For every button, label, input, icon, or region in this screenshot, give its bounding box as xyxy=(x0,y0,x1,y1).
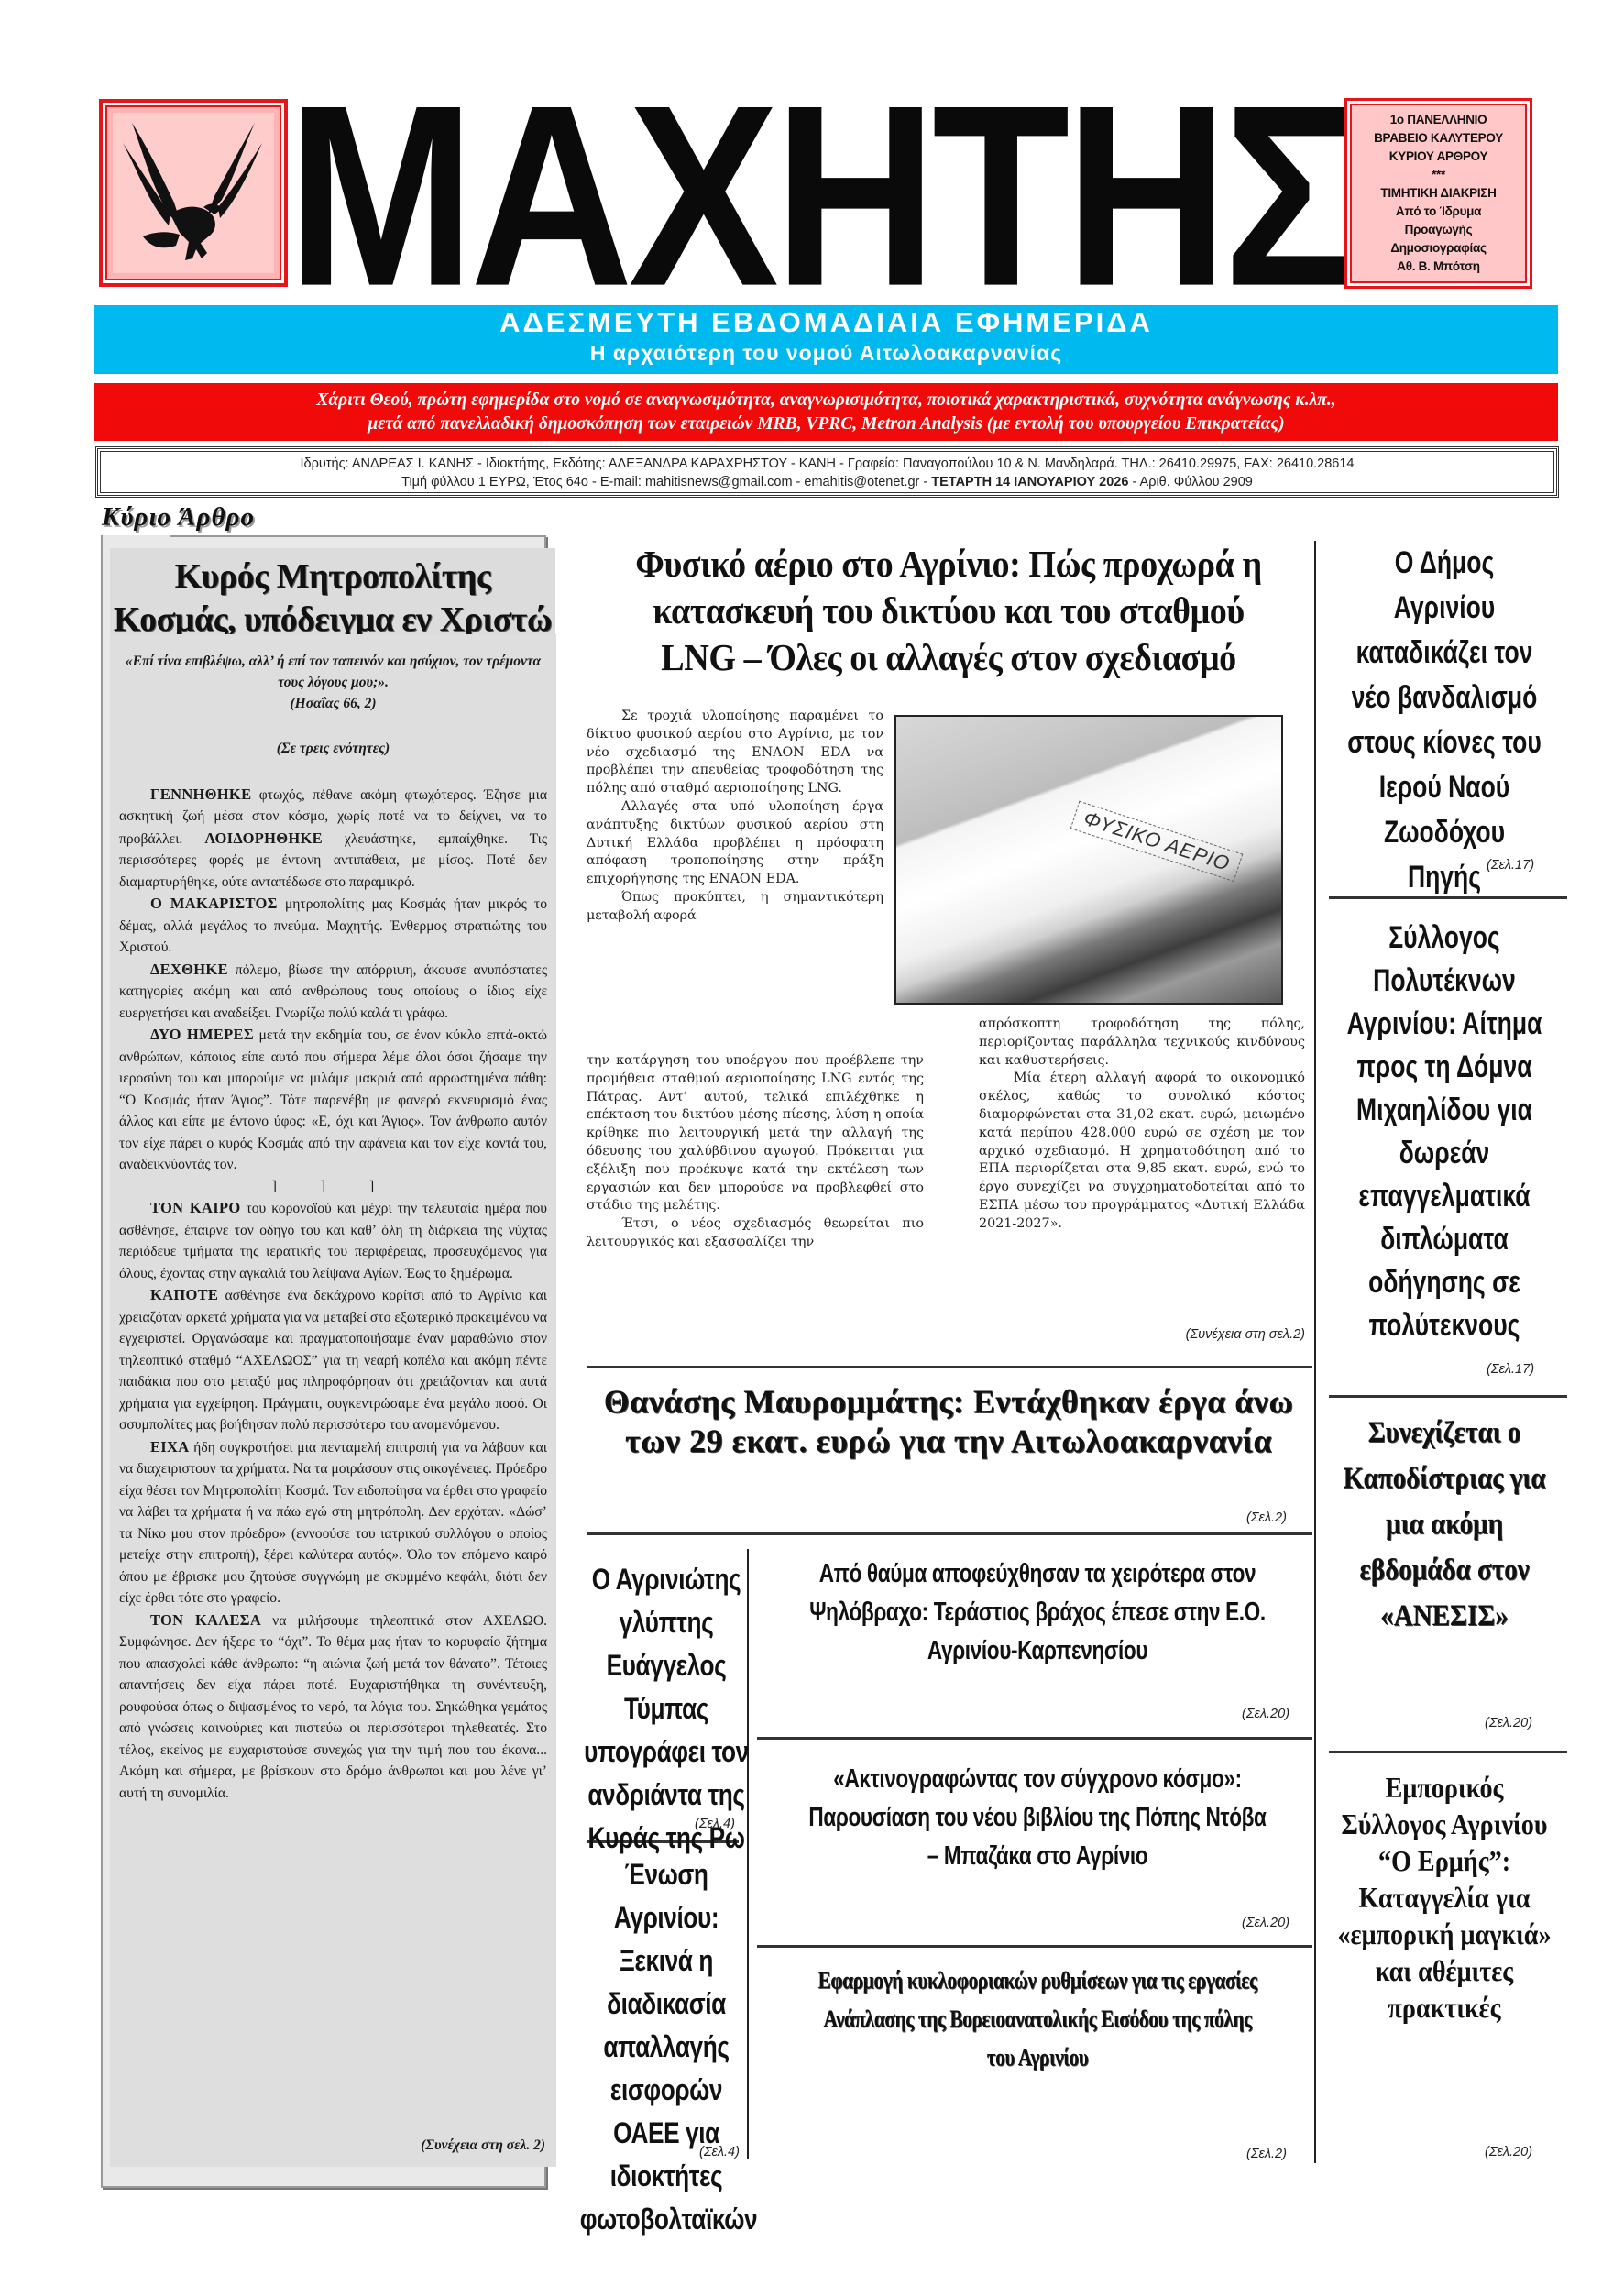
editorial-paragraph: ΔΕΧΘΗΚΕ πόλεμο, βίωσε την απόρριψη, άκου… xyxy=(119,959,547,1025)
award-line: *** xyxy=(1432,166,1445,184)
award-line: ΒΡΑΒΕΙΟ ΚΑΛΥΤΕΡΟΥ xyxy=(1374,129,1503,148)
editorial-paragraph: ΔΥΟ ΗΜΕΡΕΣ μετά την εκδημία του, σε έναν… xyxy=(119,1024,547,1176)
section-separator: ] ] ] xyxy=(119,1176,547,1198)
page-ref: (Σελ.20) xyxy=(1485,2145,1532,2159)
continuation-link[interactable]: (Συνέχεια στη σελ.2) xyxy=(1186,1327,1305,1342)
divider xyxy=(1329,1395,1567,1398)
section-label: Κύριο Άρθρο xyxy=(102,502,255,533)
issue-date: ΤΕΤΑΡΤΗ 14 ΙΑΝΟΥΑΡΙΟΥ 2026 xyxy=(931,475,1128,489)
award-line: Προαγωγής xyxy=(1405,221,1473,239)
story-headline-enosi[interactable]: Ένωση Αγρινίου: Ξεκινά η διαδικασία απαλ… xyxy=(580,1853,753,2241)
story-headline-ntova[interactable]: «Ακτινογραφώντας τον σύγχρονο κόσμο»: Πα… xyxy=(808,1760,1266,1875)
divider xyxy=(170,535,546,537)
editorial-box: Κυρός Μητροπολίτης Κοσμάς, υπόδειγμα εν … xyxy=(101,535,546,2188)
award-line: ΚΥΡΙΟΥ ΑΡΘΡΟΥ xyxy=(1389,148,1487,166)
main-story-column-2: την κατάργηση του υποέργου που προέβλεπε… xyxy=(587,1052,924,1252)
price-email: Τιμή φύλλου 1 ΕΥΡΩ, Έτος 64ο - E-mail: m… xyxy=(401,475,931,489)
quote-reference: (Ησαΐας 66, 2) xyxy=(125,693,542,714)
story-headline-tympas[interactable]: Ο Αγρινιώτης γλύπτης Ευάγγελος Τύμπας υπ… xyxy=(580,1558,753,1860)
divider xyxy=(587,1366,1312,1368)
page-ref: (Σελ.4) xyxy=(699,2145,740,2159)
editorial-body: «Επί τίνα επιβλέψω, αλλ’ ή επί τον ταπει… xyxy=(110,634,556,2167)
divider xyxy=(1329,1751,1567,1753)
gas-pipeline-photo: ΦΥΣΙΚΟ ΑΕΡΙΟ xyxy=(894,715,1283,1005)
issue-line: Τιμή φύλλου 1 ΕΥΡΩ, Έτος 64ο - E-mail: m… xyxy=(98,473,1556,491)
award-line: Από το Ίδρυμα xyxy=(1396,203,1481,221)
editorial-quote: «Επί τίνα επιβλέψω, αλλ’ ή επί τον ταπει… xyxy=(119,651,547,714)
award-line: ΤΙΜΗΤΙΚΗ ΔΙΑΚΡΙΣΗ xyxy=(1380,184,1496,203)
readership-line-1: Χάριτι Θεού, πρώτη εφημερίδα στο νομό σε… xyxy=(94,389,1558,412)
page-ref: (Σελ.20) xyxy=(1242,1916,1289,1930)
story-headline-mavrommatis[interactable]: Θανάσης Μαυρομμάτης: Εντάχθηκαν έργα άνω… xyxy=(587,1382,1311,1461)
editorial-paragraph: ΤΟΝ ΚΑΙΡΟ του κορονοϊού και μέχρι την τε… xyxy=(119,1197,547,1284)
story-headline-dimos[interactable]: Ο Δήμος Αγρινίου καταδικάζει τον νέο βαν… xyxy=(1344,541,1544,900)
readership-line-2: μετά από πανελλαδική δημοσκόπηση των ετα… xyxy=(94,412,1558,436)
story-headline-polyteknoi[interactable]: Σύλλογος Πολυτέκνων Αγρινίου: Αίτημα προ… xyxy=(1344,917,1544,1347)
story-headline-ermis[interactable]: Εμπορικός Σύλλογος Αγρινίου “Ο Ερμής”: Κ… xyxy=(1332,1769,1557,2026)
newspaper-title: ΜΑΧΗΤΗΣ xyxy=(352,84,1288,306)
editorial-subtitle: (Σε τρεις ενότητες) xyxy=(119,738,547,760)
page-ref: (Σελ.20) xyxy=(1242,1707,1289,1721)
continuation-link[interactable]: (Συνέχεια στη σελ. 2) xyxy=(421,2135,545,2157)
award-line: 1ο ΠΑΝΕΛΛΗΝΙΟ xyxy=(1390,111,1487,129)
editorial-paragraph: ΤΟΝ ΚΑΛΕΣΑ να μιλήσουμε τηλεοπτικά στον … xyxy=(119,1609,547,1805)
story-headline-kykloforia[interactable]: Εφαρμογή κυκλοφοριακών ρυθμίσεων για τις… xyxy=(807,1961,1267,2077)
award-line: Αθ. Β. Μπότση xyxy=(1397,258,1479,276)
page-ref: (Σελ.2) xyxy=(1246,2147,1287,2161)
tagline-secondary: Η αρχαιότερη του νομού Αιτωλοακαρνανίας xyxy=(94,339,1558,367)
award-line: Δημοσιογραφίας xyxy=(1390,239,1486,258)
award-box: 1ο ΠΑΝΕΛΛΗΝΙΟ ΒΡΑΒΕΙΟ ΚΑΛΥΤΕΡΟΥ ΚΥΡΙΟΥ Α… xyxy=(1344,98,1532,289)
issue-number: - Αριθ. Φύλλου 2909 xyxy=(1128,475,1252,489)
editorial-paragraph: ΓΕΝΝΗΘΗΚΕ φτωχός, πέθανε ακόμη φτωχότερο… xyxy=(119,784,547,894)
main-story-column-1: Σε τροχιά υλοποίησης παραμένει το δίκτυο… xyxy=(587,708,883,926)
readership-banner: Χάριτι Θεού, πρώτη εφημερίδα στο νομό σε… xyxy=(94,383,1558,441)
divider xyxy=(757,1945,1312,1948)
page-ref: (Σελ.2) xyxy=(1246,1511,1287,1525)
tagline-primary: ΑΔΕΣΜΕΥΤΗ ΕΒΔΟΜΑΔΙΑΙΑ ΕΦΗΜΕΡΙΔΑ xyxy=(94,305,1558,339)
eagle-icon xyxy=(115,115,271,271)
page-ref: (Σελ.17) xyxy=(1487,858,1534,873)
page-ref: (Σελ.4) xyxy=(695,1817,735,1831)
publisher-info: Ιδρυτής: ΑΝΔΡΕΑΣ Ι. ΚΑΝΗΣ - Ιδιοκτήτης, … xyxy=(95,446,1559,498)
divider xyxy=(587,1532,1312,1535)
logo xyxy=(99,99,288,287)
tagline-banner: ΑΔΕΣΜΕΥΤΗ ΕΒΔΟΜΑΔΙΑΙΑ ΕΦΗΜΕΡΙΔΑ Η αρχαιό… xyxy=(94,305,1558,374)
editorial-paragraph: ΚΑΠΟΤΕ ασθένησε ένα δεκάχρονο κορίτσι απ… xyxy=(119,1284,547,1436)
story-headline-kapodistrias[interactable]: Συνεχίζεται ο Καποδίστριας για μια ακόμη… xyxy=(1332,1410,1557,1639)
divider xyxy=(757,1737,1312,1740)
editorial-paragraph: Ο ΜΑΚΑΡΙΣΤΟΣ μητροπολίτης μας Κοσμάς ήτα… xyxy=(119,893,547,959)
pipe-label: ΦΥΣΙΚΟ ΑΕΡΙΟ xyxy=(1070,801,1244,883)
publisher-line: Ιδρυτής: ΑΝΔΡΕΑΣ Ι. ΚΑΝΗΣ - Ιδιοκτήτης, … xyxy=(98,455,1556,473)
main-headline[interactable]: Φυσικό αέριο στο Αγρίνιο: Πώς προχωρά η … xyxy=(612,541,1286,681)
main-story-column-3: απρόσκοπτη τροφοδότηση της πόλης, περιορ… xyxy=(979,1016,1305,1234)
page-ref: (Σελ.17) xyxy=(1487,1362,1534,1377)
story-headline-psilovracho[interactable]: Από θαύμα αποφεύχθησαν τα χειρότερα στον… xyxy=(808,1554,1266,1670)
page-ref: (Σελ.20) xyxy=(1485,1716,1532,1730)
editorial-paragraph: ΕΙΧΑ ήδη συγκροτήσει μια πενταμελή επιτρ… xyxy=(119,1436,547,1609)
column-divider xyxy=(1314,541,1316,2163)
